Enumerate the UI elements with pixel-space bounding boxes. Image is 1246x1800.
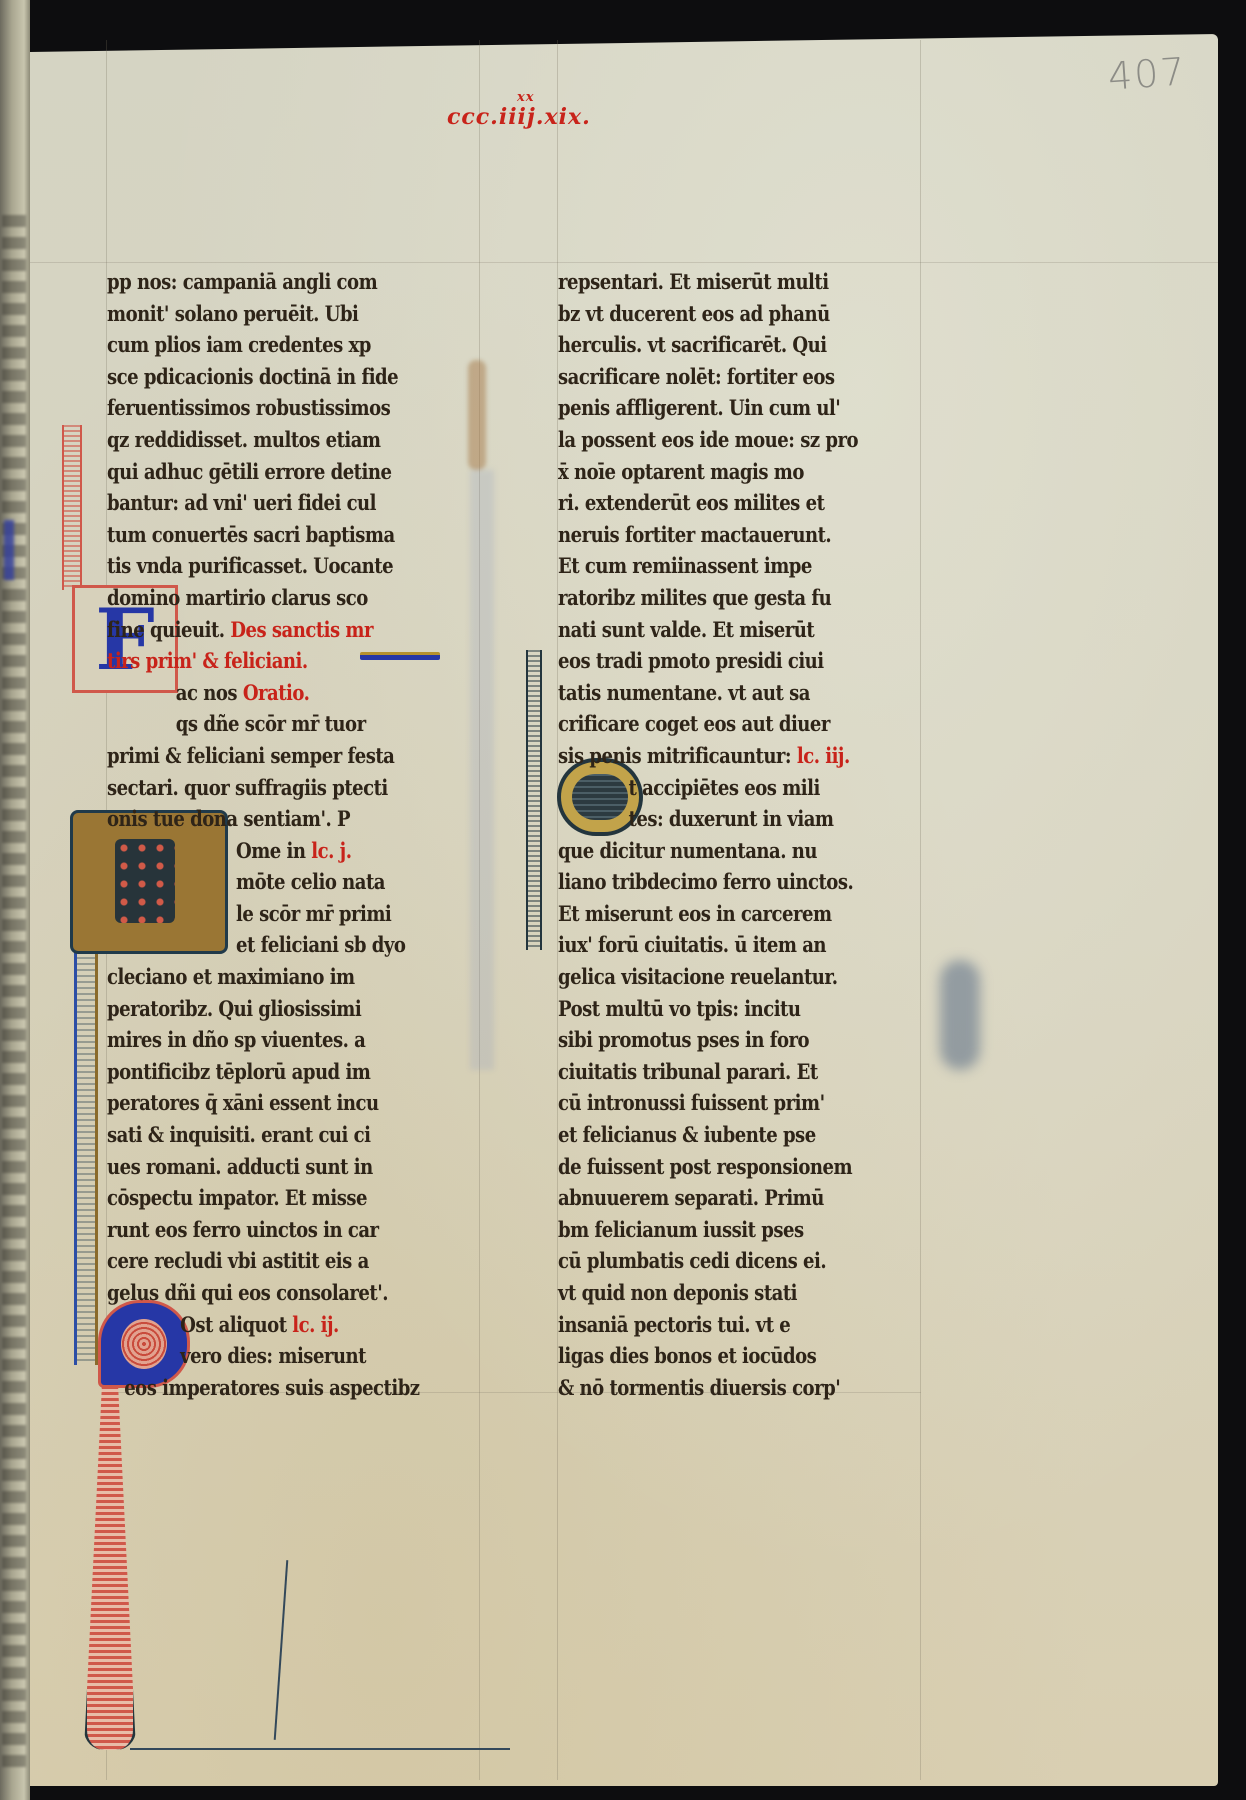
text-line: gelica visitacione reuelantur. [558,961,876,993]
rubric: lc. j. [311,838,351,863]
text-line: ratoribz milites que gesta fu [558,582,876,614]
text-line: de fuissent post responsionem [558,1151,876,1183]
text-line: qs dñe scōr mr̄ tuor [107,708,425,740]
text-line: eos tradi pmoto presidi ciui [558,645,876,677]
text-line: tirs prim' & feliciani. [107,645,425,677]
text-line: sibi promotus pses in foro [558,1024,876,1056]
text-line: peratoribz. Qui gliosissimi [107,993,425,1025]
adjacent-page-initial [4,520,14,580]
book-gutter-adjacent-page [0,0,30,1800]
text-line: Ome in lc. j. [107,835,425,867]
adjacent-page-text [2,215,26,1775]
text-line: & nō tormentis diuersis corp' [558,1372,876,1404]
text-line: feruentissimos robustissimos [107,392,425,424]
text-line: sati & inquisiti. erant cui ci [107,1119,425,1151]
text-line: tis vnda purificasset. Uocante [107,550,425,582]
rubric: tirs prim' & feliciani. [107,648,308,673]
rubric: Oratio. [243,680,310,705]
text-line: sacrificare nolēt: fortiter eos [558,361,876,393]
text-line: onis tue dona sentiam'. P [107,803,425,835]
text-line: ues romani. adducti sunt in [107,1151,425,1183]
text-line: nati sunt valde. Et miserūt [558,614,876,646]
running-header: xx ccc.iiij.xix. [447,104,591,130]
border-stem [74,945,98,1365]
text-line: cleciano et maximiano im [107,961,425,993]
text-line: neruis fortiter mactauerunt. [558,519,876,551]
text-line: sis penis mitrificauntur: lc. iij. [558,740,876,772]
left-column: pp nos: campaniā angli com monit' solano… [107,266,477,1403]
text-line: gelus dñi qui eos consolaret'. [107,1277,425,1309]
text-line: cū plumbatis cedi dicens ei. [558,1245,876,1277]
text-line: Ost aliquot lc. ij. [107,1309,425,1341]
text-line: t accipiētes eos mili [558,772,876,804]
text-line: sectari. quor suffragiis ptecti [107,772,425,804]
text-line: bm felicianum iussit pses [558,1214,876,1246]
text-line: sce pdicacionis doctinā in fide [107,361,425,393]
text-line: mires in dño sp viuentes. a [107,1024,425,1056]
text-line: tes: duxerunt in viam [558,803,876,835]
text-line: la possent eos ide moue: sz pro [558,424,876,456]
text-line: mōte celio nata [107,866,425,898]
running-header-text: ccc.iiij.xix. [447,104,591,130]
text-line: tum conuertēs sacri baptisma [107,519,425,551]
penwork-stem [526,650,542,950]
text-line: cōspectu impator. Et misse [107,1182,425,1214]
penwork-flourish [130,1748,510,1750]
text-line: le scōr mr̄ primi [107,898,425,930]
text-line: liano tribdecimo ferro uinctos. [558,866,876,898]
text-line: et feliciani sb dyo [107,929,425,961]
text-line: iux' forū ciuitatis. ū item an [558,929,876,961]
text-line: pp nos: campaniā angli com [107,266,425,298]
text-line: peratores q̄ xāni essent incu [107,1087,425,1119]
folio-number: 407 [1107,49,1188,98]
ruling-line [30,262,1218,263]
text-line: herculis. vt sacrificarēt. Qui [558,329,876,361]
text-line: cum plios iam credentes xp [107,329,425,361]
text-line: ri. extenderūt eos milites et [558,487,876,519]
text-line: que dicitur numentana. nu [558,835,876,867]
text-line: crificare coget eos aut diuer [558,708,876,740]
text-line: ligas dies bonos et iocūdos [558,1340,876,1372]
text-line: cere recludi vbi astitit eis a [107,1245,425,1277]
stain [940,960,980,1070]
text-line: runt eos ferro uinctos in car [107,1214,425,1246]
text-line: bantur: ad vni' ueri fidei cul [107,487,425,519]
text-line: primi & feliciani semper festa [107,740,425,772]
rubric: Des sanctis mr [230,617,373,642]
rubric: lc. iij. [797,743,850,768]
text-line: fine quieuit. Des sanctis mr [107,614,425,646]
text-line: qz reddidisset. multos etiam [107,424,425,456]
text-line: vt quid non deponis stati [558,1277,876,1309]
text-line: Et cum remiinassent impe [558,550,876,582]
text-line: Post multū vo tpis: incitu [558,993,876,1025]
text-line: abnuuerem separati. Primū [558,1182,876,1214]
right-column: repsentari. Et miserūt multi bz vt ducer… [558,266,928,1403]
text-line: tatis numentane. vt aut sa [558,677,876,709]
text-line: ac nos Oratio. [107,677,425,709]
text-line: x̄ noīe optarent magis mo [558,456,876,488]
rubric: lc. ij. [292,1312,339,1337]
text-line: Et miserunt eos in carcerem [558,898,876,930]
text-line: ciuitatis tribunal parari. Et [558,1056,876,1088]
text-line: domino martirio clarus sco [107,582,425,614]
text-line: pontificibz tēplorū apud im [107,1056,425,1088]
text-line: et felicianus & iubente pse [558,1119,876,1151]
running-header-superscript: xx [517,90,535,105]
text-line: penis affligerent. Uin cum ul' [558,392,876,424]
text-line: vero dies: miserunt [107,1340,425,1372]
text-line: insaniā pectoris tui. vt e [558,1309,876,1341]
text-line: monit' solano peruēit. Ubi [107,298,425,330]
text-line: qui adhuc gētili errore detine [107,456,425,488]
text-line: repsentari. Et miserūt multi [558,266,876,298]
text-line: cū intronussi fuissent prim' [558,1087,876,1119]
text-line: bz vt ducerent eos ad phanū [558,298,876,330]
text-line: eos imperatores suis aspectibz [107,1372,425,1404]
penwork-stem [62,425,82,590]
